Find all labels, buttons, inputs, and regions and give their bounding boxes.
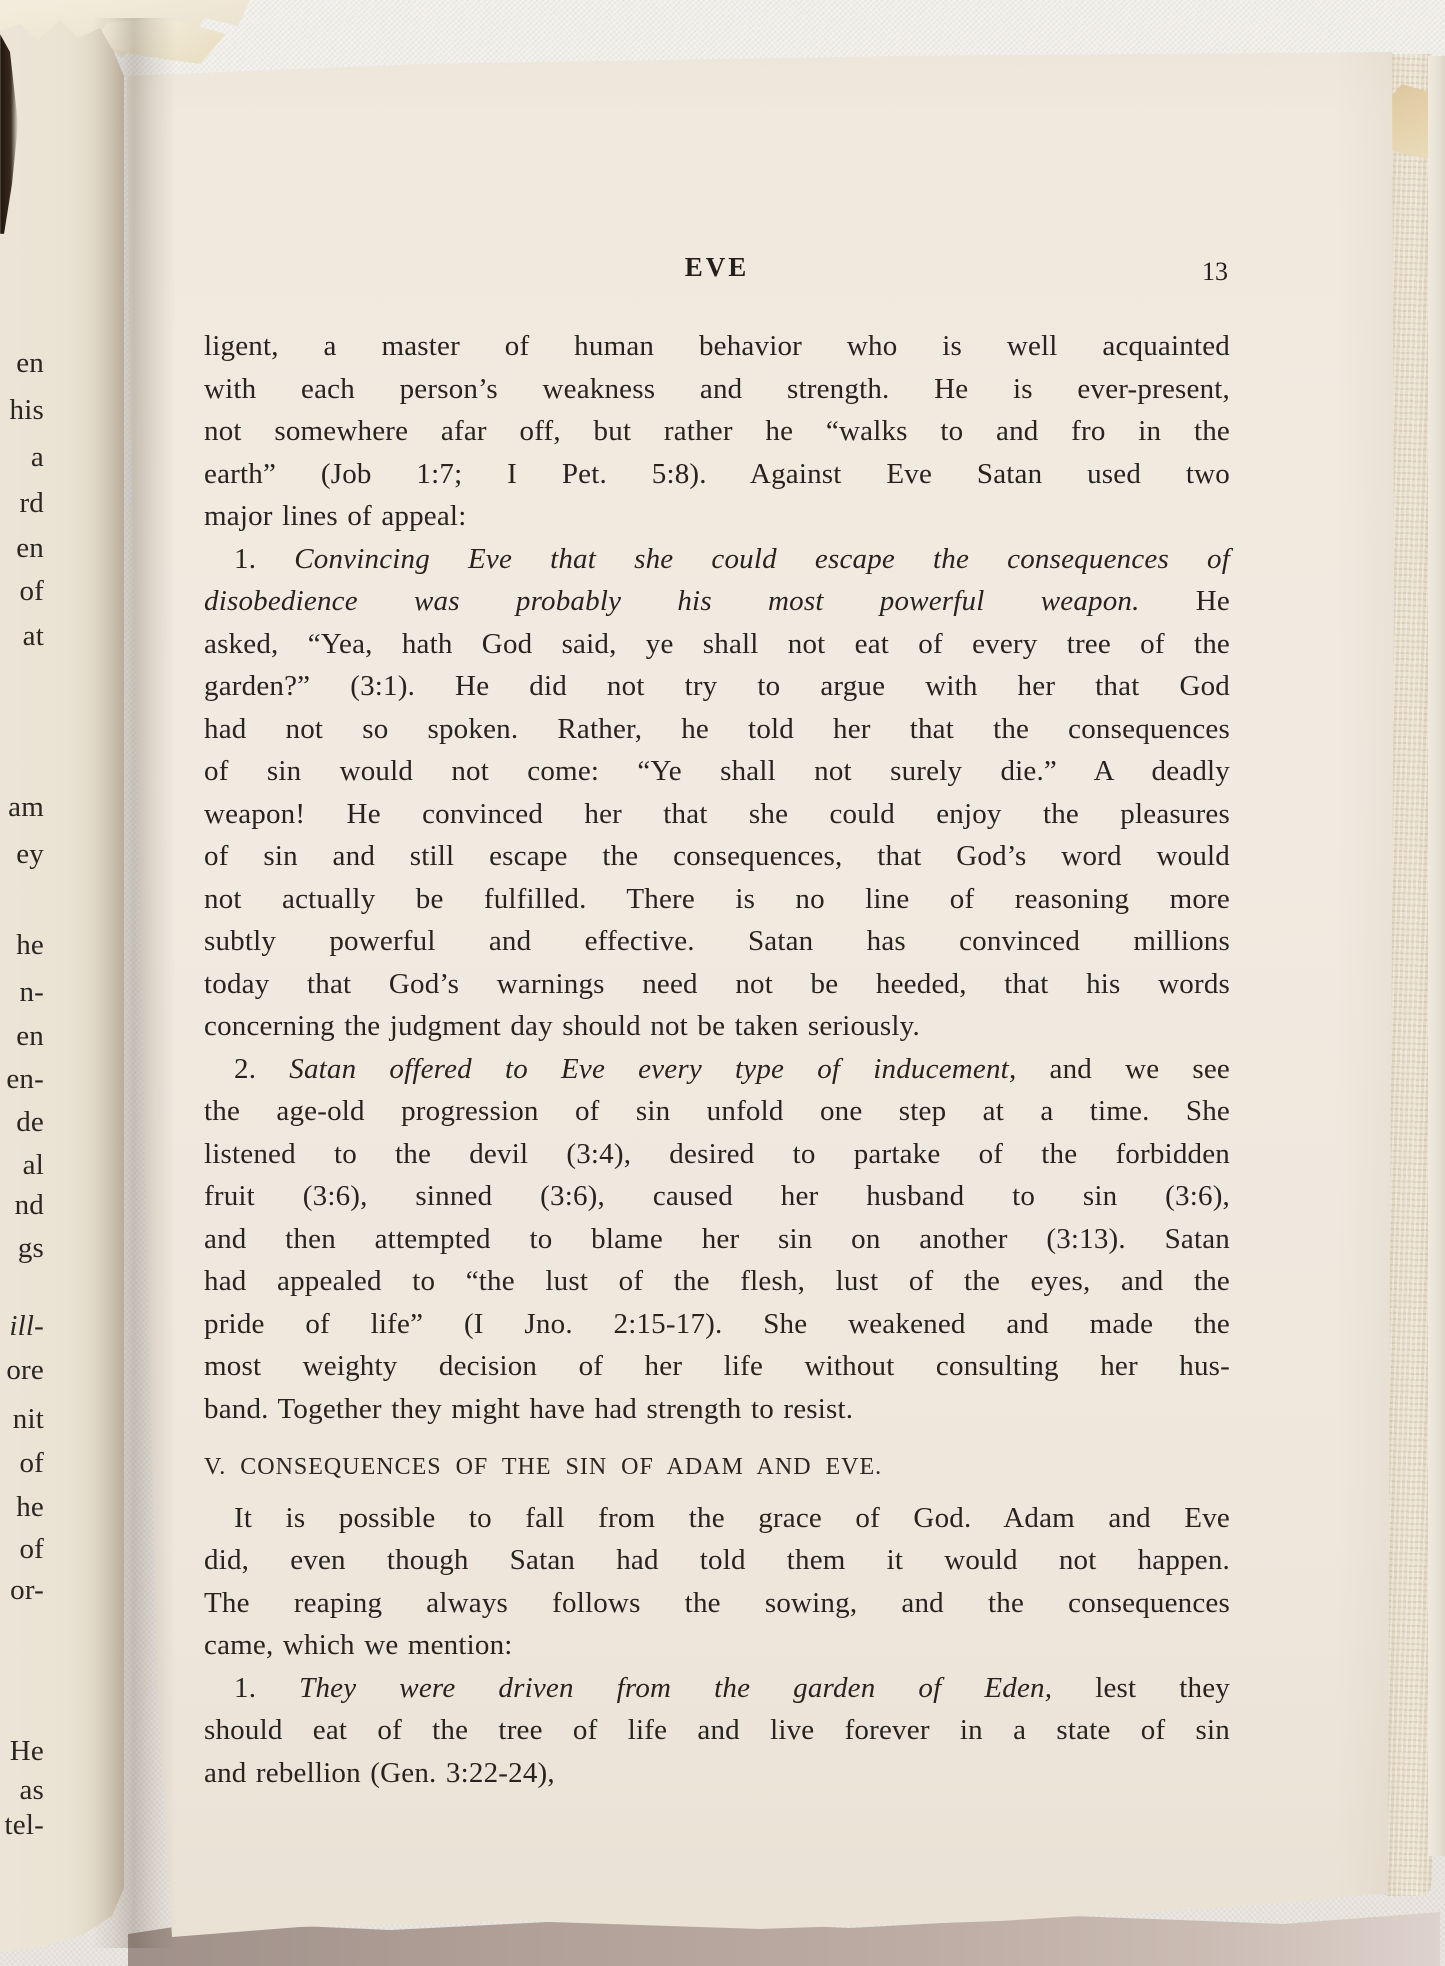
paragraph: It is possible to fall from the grace of… [204,1497,1230,1667]
text-line: not actually be fulfilled. There is no l… [204,878,1230,921]
running-title: EVE [204,252,1230,283]
paragraph: 1. Convincing Eve that she could escape … [204,538,1230,1048]
text-line: concerning the judgment day should not b… [204,1005,1230,1048]
page-number: 13 [1202,257,1228,287]
text-line: not somewhere afar off, but rather he “w… [204,410,1230,453]
text-line: weapon! He convinced her that she could … [204,793,1230,836]
text-line: garden?” (3:1). He did not try to argue … [204,665,1230,708]
text-line: fruit (3:6), sinned (3:6), caused her hu… [204,1175,1230,1218]
text-line: band. Together they might have had stren… [204,1388,1230,1431]
text-line: did, even though Satan had told them it … [204,1539,1230,1582]
section-heading: V. CONSEQUENCES OF THE SIN OF ADAM AND E… [204,1446,1230,1489]
text-line: today that God’s warnings need not be he… [204,963,1230,1006]
text-line: ligent, a master of human behavior who i… [204,325,1230,368]
text-line: had not so spoken. Rather, he told her t… [204,708,1230,751]
text-line: of sin and still escape the consequences… [204,835,1230,878]
text-line: the age-old progression of sin unfold on… [204,1090,1230,1133]
paragraph: 2. Satan offered to Eve every type of in… [204,1048,1230,1431]
text-line: disobedience was probably his most power… [204,580,1230,623]
page-content: EVE 13 ligent, a master of human behavio… [0,0,1445,1966]
text-line: should eat of the tree of life and live … [204,1709,1230,1752]
text-line: subtly powerful and effective. Satan has… [204,920,1230,963]
text-line: most weighty decision of her life withou… [204,1345,1230,1388]
paragraph: ligent, a master of human behavior who i… [204,325,1230,538]
text-line: and then attempted to blame her sin on a… [204,1218,1230,1261]
text-line: had appealed to “the lust of the flesh, … [204,1260,1230,1303]
text-line: pride of life” (I Jno. 2:15-17). She wea… [204,1303,1230,1346]
text-line: It is possible to fall from the grace of… [204,1497,1230,1540]
paragraph: 1. They were driven from the garden of E… [204,1667,1230,1795]
page-header: EVE 13 [204,252,1230,292]
text-line: listened to the devil (3:4), desired to … [204,1133,1230,1176]
text-line: 2. Satan offered to Eve every type of in… [204,1048,1230,1091]
text-line: major lines of appeal: [204,495,1230,538]
text-line: of sin would not come: “Ye shall not sur… [204,750,1230,793]
text-line: and rebellion (Gen. 3:22-24), [204,1752,1230,1795]
text-line: The reaping always follows the sowing, a… [204,1582,1230,1625]
text-line: 1. Convincing Eve that she could escape … [204,538,1230,581]
text-column: ligent, a master of human behavior who i… [204,325,1230,1794]
text-line: with each person’s weakness and strength… [204,368,1230,411]
text-line: asked, “Yea, hath God said, ye shall not… [204,623,1230,666]
text-line: earth” (Job 1:7; I Pet. 5:8). Against Ev… [204,453,1230,496]
text-line: 1. They were driven from the garden of E… [204,1667,1230,1710]
text-line: came, which we mention: [204,1624,1230,1667]
